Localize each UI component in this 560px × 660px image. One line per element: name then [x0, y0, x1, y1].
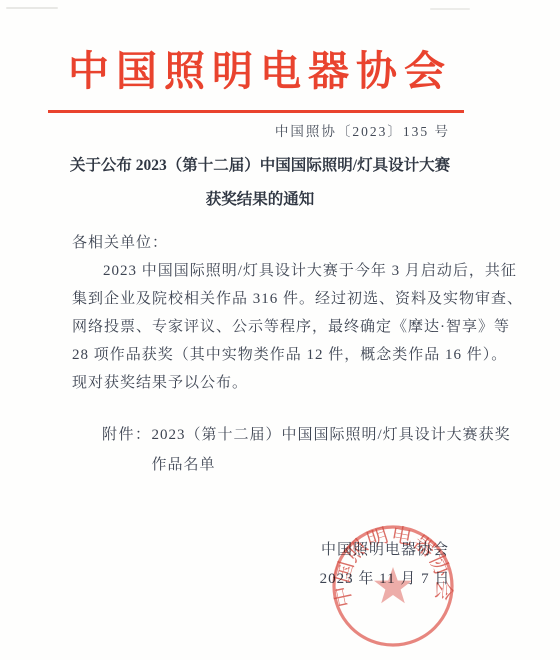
document-title: 关于公布 2023（第十二届）中国国际照明/灯具设计大赛 获奖结果的通知: [48, 149, 500, 217]
letterhead-org-name: 中国照明电器协会: [48, 48, 500, 94]
attachment-line1: 2023（第十二届）中国国际照明/灯具设计大赛获奖: [152, 427, 511, 443]
document-page: 中国照明电器协会 中国照协〔2023〕135 号 关于公布 2023（第十二届）…: [0, 0, 560, 660]
attachment-line2: 作品名单: [152, 457, 216, 473]
document-body: 各相关单位： 2023 中国国际照明/灯具设计大赛于今年 3 月启动后，共征 集…: [72, 229, 500, 397]
signature-block: 中国照明电器协会 2023 年 11 月 7 日: [310, 536, 460, 593]
document-title-line1: 关于公布 2023（第十二届）中国国际照明/灯具设计大赛: [48, 149, 472, 183]
attachment-note: 附件： 2023（第十二届）中国国际照明/灯具设计大赛获奖 作品名单: [102, 420, 500, 480]
letterhead-divider: [48, 110, 464, 113]
document-title-line2: 获奖结果的通知: [48, 183, 472, 217]
attachment-text: 2023（第十二届）中国国际照明/灯具设计大赛获奖 作品名单: [152, 420, 511, 480]
body-line: 2023 中国国际照明/灯具设计大赛于今年 3 月启动后，共征: [72, 257, 500, 285]
scan-speck: [6, 7, 58, 9]
signature-date: 2023 年 11 月 7 日: [310, 565, 460, 594]
document-number: 中国照协〔2023〕135 号: [48, 123, 500, 141]
body-line: 28 项作品获奖（其中实物类作品 12 件，概念类作品 16 件）。: [72, 341, 500, 369]
body-line: 集到企业及院校相关作品 316 件。经过初选、资料及实物审查、: [72, 285, 500, 313]
attachment-label: 附件：: [102, 420, 152, 480]
signature-org: 中国照明电器协会: [310, 536, 460, 565]
body-line: 网络投票、专家评议、公示等程序，最终确定《摩达·智享》等: [72, 313, 500, 341]
salutation: 各相关单位：: [72, 229, 500, 257]
body-line: 现对获奖结果予以公布。: [72, 369, 500, 397]
scan-speck: [430, 8, 470, 10]
